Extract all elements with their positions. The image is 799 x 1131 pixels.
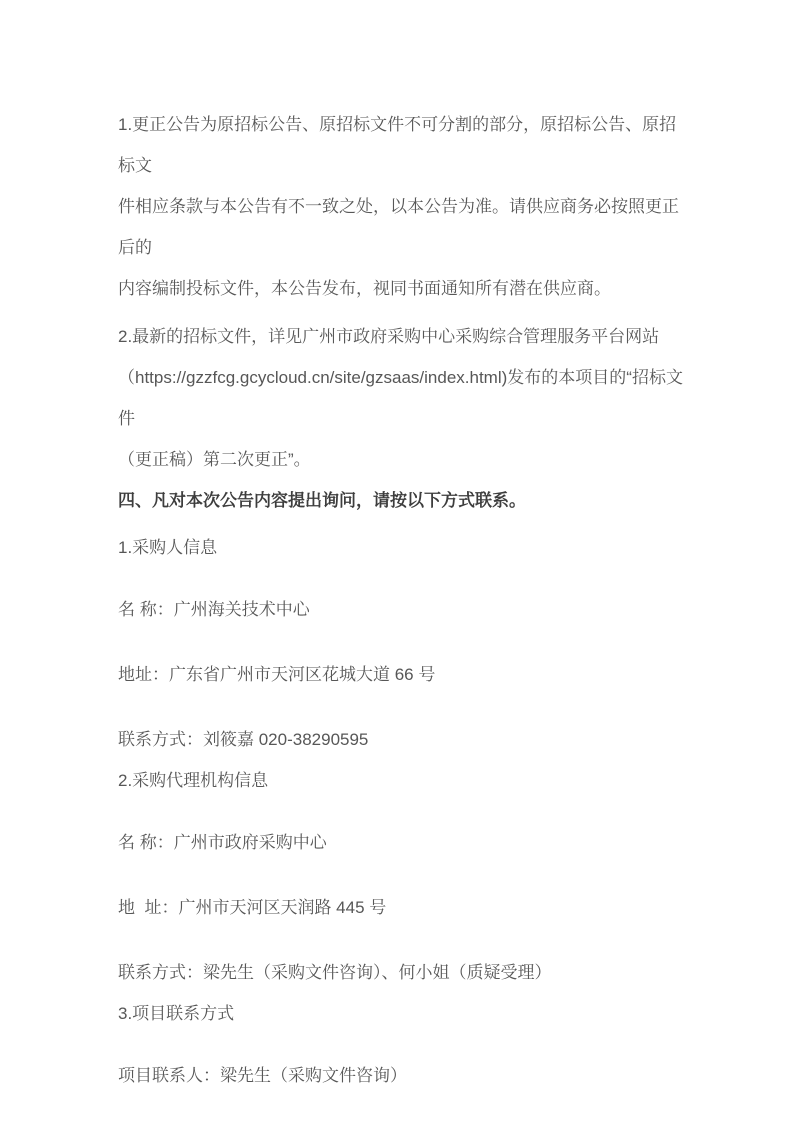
text-line: 地址：广东省广州市天河区花城大道 66 号 — [118, 654, 689, 695]
text-line: 名 称：广州市政府采购中心 — [118, 822, 689, 863]
purchaser-info-label: 1.采购人信息 — [118, 527, 689, 568]
purchaser-name: 名 称：广州海关技术中心 — [118, 589, 689, 630]
document-page: 1.更正公告为原招标公告、原招标文件不可分割的部分，原招标公告、原招标文件相应条… — [0, 0, 799, 1131]
text-line: （更正稿）第二次更正”。 — [118, 439, 689, 480]
project-contact-person: 项目联系人：梁先生（采购文件咨询） — [118, 1055, 689, 1096]
correction-clause-2: 2.最新的招标文件，详见广州市政府采购中心采购综合管理服务平台网站（https:… — [118, 316, 689, 480]
text-line: 件相应条款与本公告有不一致之处，以本公告为准。请供应商务必按照更正后的 — [118, 186, 689, 268]
correction-clause-1: 1.更正公告为原招标公告、原招标文件不可分割的部分，原招标公告、原招标文件相应条… — [118, 104, 689, 309]
agency-address: 地 址：广州市天河区天润路 445 号 — [118, 887, 689, 928]
text-line: 3.项目联系方式 — [118, 993, 689, 1034]
text-line: 联系方式：梁先生（采购文件咨询）、何小姐（质疑受理） — [118, 952, 689, 993]
agency-name: 名 称：广州市政府采购中心 — [118, 822, 689, 863]
text-line: 内容编制投标文件，本公告发布，视同书面通知所有潜在供应商。 — [118, 268, 689, 309]
purchaser-address: 地址：广东省广州市天河区花城大道 66 号 — [118, 654, 689, 695]
text-line: 2.最新的招标文件，详见广州市政府采购中心采购综合管理服务平台网站 — [118, 316, 689, 357]
document-content: 1.更正公告为原招标公告、原招标文件不可分割的部分，原招标公告、原招标文件相应条… — [0, 0, 799, 1096]
text-line: 2.采购代理机构信息 — [118, 760, 689, 801]
contact-section-heading: 四、凡对本次公告内容提出询问，请按以下方式联系。 — [118, 480, 689, 521]
project-contact-label: 3.项目联系方式 — [118, 993, 689, 1034]
text-line: 名 称：广州海关技术中心 — [118, 589, 689, 630]
text-line: 联系方式：刘筱嘉 020-38290595 — [118, 719, 689, 760]
text-line: 1.采购人信息 — [118, 527, 689, 568]
agency-info-label: 2.采购代理机构信息 — [118, 760, 689, 801]
text-line: 项目联系人：梁先生（采购文件咨询） — [118, 1055, 689, 1096]
text-line: 地 址：广州市天河区天润路 445 号 — [118, 887, 689, 928]
purchaser-contact: 联系方式：刘筱嘉 020-38290595 — [118, 719, 689, 760]
agency-contact: 联系方式：梁先生（采购文件咨询）、何小姐（质疑受理） — [118, 952, 689, 993]
text-line: 四、凡对本次公告内容提出询问，请按以下方式联系。 — [118, 480, 689, 521]
text-line: （https://gzzfcg.gcycloud.cn/site/gzsaas/… — [118, 357, 689, 439]
text-line: 1.更正公告为原招标公告、原招标文件不可分割的部分，原招标公告、原招标文 — [118, 104, 689, 186]
